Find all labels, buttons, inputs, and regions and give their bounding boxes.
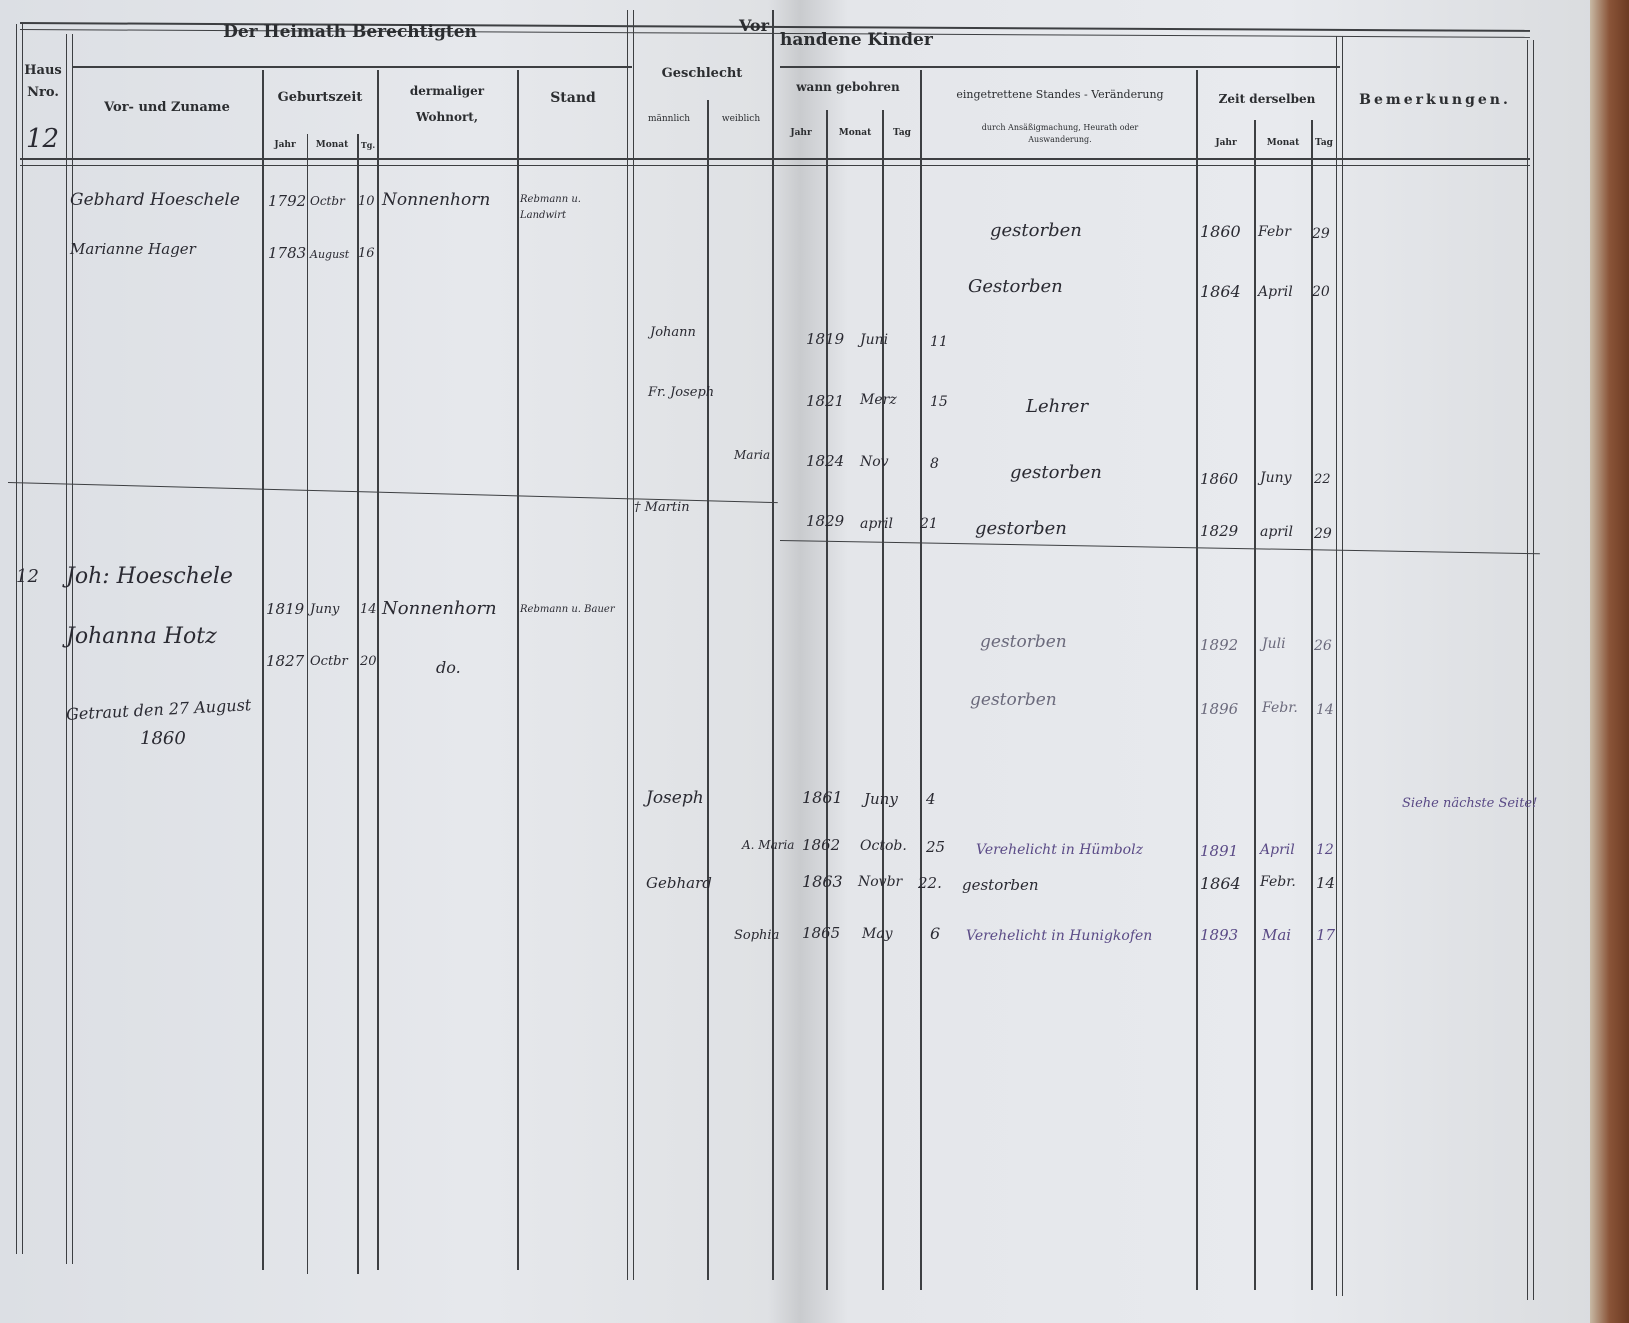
col-line (1336, 36, 1343, 1296)
child-female: Maria (734, 448, 770, 462)
child-remarks: Siehe nächste Seite! (1402, 796, 1537, 811)
header-time-year: Jahr (1198, 138, 1254, 148)
header-change-sub: durch Ansäßigmachung, Heurath oder Auswa… (960, 122, 1160, 146)
child-change-year: 1864 (1200, 874, 1241, 893)
parent-change-year: 1860 (1200, 222, 1241, 241)
parent-birth-month: August (310, 248, 349, 261)
parent-change-day: 20 (1312, 284, 1330, 300)
child-day: 15 (930, 394, 948, 410)
child-day: 6 (930, 924, 940, 943)
child-day: 8 (930, 456, 939, 472)
col-line (16, 24, 23, 1254)
col-line (627, 10, 634, 1280)
child-month: May (862, 926, 893, 942)
child-month: april (860, 516, 893, 532)
child-month: Juni (860, 332, 888, 348)
child-change-month: Mai (1262, 926, 1291, 944)
child-day: 4 (926, 790, 936, 808)
haus-nr-value-2: 12 (16, 566, 39, 587)
child-change: gestorben (1010, 462, 1102, 483)
child-change: Verehelicht in Hümbolz (976, 842, 1143, 858)
parent-name: Joh: Hoeschele (66, 564, 233, 589)
header-haus-nr: Haus Nro. (20, 60, 66, 104)
child-change-day: 12 (1316, 842, 1334, 858)
col-line (377, 70, 379, 1270)
child-change-year: 1893 (1200, 926, 1238, 944)
child-year: 1824 (806, 452, 844, 470)
child-month: Merz (860, 392, 897, 408)
col-line (920, 70, 922, 1290)
col-line (772, 10, 774, 1280)
group-rule (72, 66, 632, 68)
header-group-left: Der Heimath Berechtigten (80, 22, 620, 42)
header-born-year: Jahr (776, 128, 826, 138)
child-month: Octob. (860, 838, 907, 854)
header-birth-day: Tg. (358, 140, 378, 150)
parent-change-month: Juli (1262, 636, 1286, 652)
col-line (307, 134, 308, 1274)
header-name: Vor- und Zuname (72, 100, 262, 115)
child-year: 1865 (802, 924, 840, 942)
child-year: 1861 (802, 788, 843, 807)
child-year: 1862 (802, 836, 840, 854)
child-male: Gebhard (646, 874, 712, 892)
child-male: Joseph (646, 788, 704, 808)
parent-birth-year: 1827 (266, 652, 304, 670)
parent-change: gestorben (980, 632, 1067, 652)
child-change-day: 22 (1314, 472, 1331, 487)
header-born-day: Tag (884, 128, 920, 138)
parent-name: Gebhard Hoeschele (70, 190, 240, 210)
child-change-day: 17 (1316, 926, 1335, 944)
child-change: gestorben (962, 876, 1039, 894)
child-change-month: April (1260, 842, 1295, 858)
parent-birth-month: Octbr (310, 194, 345, 208)
child-female: Sophia (734, 928, 779, 943)
header-sex: Geschlecht (632, 66, 772, 81)
child-change: Verehelicht in Hunigkofen (966, 928, 1152, 944)
child-change-year: 1829 (1200, 522, 1238, 540)
child-month: Juny (864, 790, 898, 808)
parent-birth-day: 16 (358, 246, 375, 261)
child-change-day: 14 (1316, 874, 1335, 892)
header-birth-year: Jahr (264, 140, 306, 150)
header-time-day: Tag (1312, 138, 1336, 148)
parent-birth-year: 1819 (266, 600, 304, 618)
col-line (262, 70, 264, 1270)
group-rule-right (780, 66, 1340, 68)
parent-residence: do. (436, 658, 461, 677)
parent-change-year: 1896 (1200, 700, 1238, 718)
parent-change: gestorben (970, 690, 1057, 710)
child-year: 1863 (802, 872, 843, 891)
col-line (66, 34, 73, 1264)
child-day: 25 (926, 838, 945, 856)
parent-birth-year: 1792 (268, 192, 306, 210)
parent-status: Rebmann u. Landwirt (520, 192, 624, 224)
header-remarks: Bemerkungen. (1342, 92, 1528, 108)
child-year: 1829 (806, 512, 844, 530)
parent-residence: Nonnenhorn (382, 190, 490, 210)
child-change: gestorben (975, 518, 1067, 539)
child-male: † Martin (634, 500, 690, 515)
book-edge (1590, 0, 1629, 1323)
col-line (1527, 40, 1534, 1300)
parent-change-day: 14 (1316, 702, 1334, 718)
header-bottom-rule (20, 158, 1530, 166)
header-birth: Geburtszeit (264, 90, 376, 105)
parent-birth-day: 20 (360, 654, 377, 669)
child-month: Novbr (858, 874, 902, 890)
child-year: 1819 (806, 330, 844, 348)
child-day: 11 (930, 334, 948, 350)
header-female: weiblich (710, 114, 772, 124)
parent-change-month: Febr. (1262, 700, 1298, 716)
marriage-year: 1860 (140, 728, 186, 749)
header-birth-month: Monat (308, 140, 356, 150)
header-born-month: Monat (828, 128, 882, 138)
header-born: wann gebohren (776, 80, 920, 94)
header-time: Zeit derselben (1198, 92, 1336, 106)
parent-change-year: 1892 (1200, 636, 1238, 654)
child-change-day: 29 (1314, 526, 1332, 542)
haus-nr-value: 12 (26, 124, 59, 154)
child-change-month: Juny (1260, 470, 1292, 486)
parent-birth-month: Juny (310, 602, 339, 617)
parent-change-day: 29 (1312, 226, 1330, 242)
header-residence: dermaliger Wohnort, (382, 78, 512, 130)
parent-birth-year: 1783 (268, 244, 306, 262)
col-line (357, 134, 359, 1274)
child-male: Johann (650, 325, 696, 340)
child-change-month: april (1260, 524, 1293, 540)
parent-status: Rebmann u. Bauer (520, 602, 624, 618)
col-line (707, 100, 709, 1280)
child-change: Lehrer (1026, 396, 1088, 417)
header-group-right-part1: Vor (734, 16, 774, 35)
col-line (826, 110, 828, 1290)
parent-change: Gestorben (968, 276, 1063, 297)
col-line (1196, 70, 1198, 1290)
parent-change-year: 1864 (1200, 282, 1241, 301)
col-line (1254, 120, 1256, 1290)
col-line (517, 70, 519, 1270)
child-change-year: 1860 (1200, 470, 1238, 488)
header-male: männlich (632, 114, 706, 124)
parent-birth-month: Octbr (310, 654, 348, 669)
parent-change: gestorben (990, 220, 1082, 241)
header-status: Stand (520, 90, 626, 106)
child-change-month: Febr. (1260, 874, 1296, 890)
marriage-note: Getraut den 27 August (66, 695, 252, 724)
parent-birth-day: 14 (360, 602, 377, 617)
parent-change-month: Febr (1258, 224, 1291, 240)
parent-birth-day: 10 (358, 194, 375, 209)
child-change-year: 1891 (1200, 842, 1238, 860)
header-group-right-part2: handene Kinder (780, 30, 980, 50)
col-line (882, 110, 884, 1290)
parent-change-month: April (1258, 284, 1293, 300)
family-divider-right (780, 540, 1540, 554)
child-male: Fr. Joseph (648, 385, 714, 400)
child-female: A. Maria (742, 838, 794, 852)
ledger-page: Haus Nro. Der Heimath Berechtigten Vor h… (0, 0, 1600, 1323)
child-month: Nov (860, 454, 889, 470)
header-change: eingetrettene Standes - Veränderung (924, 88, 1196, 101)
header-time-month: Monat (1256, 138, 1310, 148)
parent-name: Marianne Hager (70, 240, 196, 258)
child-day: 22. (918, 874, 942, 892)
parent-change-day: 26 (1314, 638, 1332, 654)
child-year: 1821 (806, 392, 844, 410)
parent-residence: Nonnenhorn (382, 598, 497, 619)
child-day: 21 (920, 516, 938, 532)
parent-name: Johanna Hotz (66, 624, 217, 649)
